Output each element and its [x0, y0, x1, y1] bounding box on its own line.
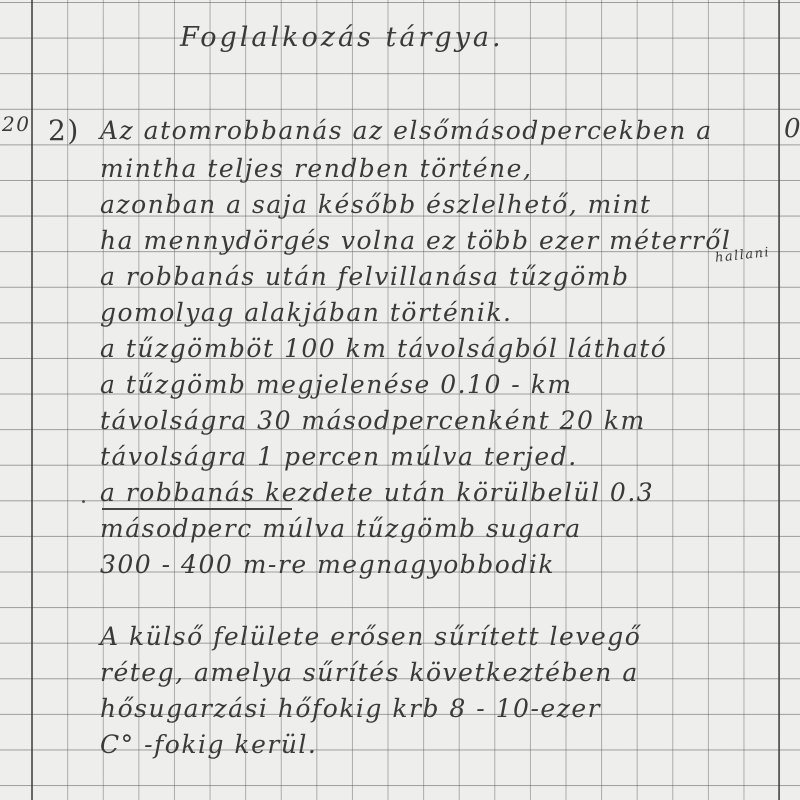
text-line: a tűzgömböt 100 km távolságból látható — [100, 334, 667, 363]
text-line: ha mennydörgés volna ez több ezer méterr… — [100, 226, 731, 255]
text-line: réteg, amelya sűrítés következtében a — [100, 658, 639, 687]
text-line: hősugarzási hőfokig krb 8 - 10-ezer — [100, 694, 601, 723]
left-margin-line — [31, 0, 33, 800]
text-line: Az atomrobbanás az elsőmásodpercekben a — [100, 116, 713, 145]
text-line: 300 - 400 m-re megnagyobbodik — [100, 550, 555, 579]
text-line: A külső felülete erősen sűrített levegő — [100, 622, 641, 651]
margin-number: 20 — [2, 112, 30, 136]
text-line: mintha teljes rendben történe, — [100, 154, 532, 183]
ink-dot — [82, 500, 85, 503]
item-number: 2) — [48, 114, 80, 147]
right-margin-line — [778, 0, 780, 800]
page-title: Foglalkozás tárgya. — [180, 22, 504, 53]
text-line: a robbanás kezdete után körülbelül 0.3 — [100, 478, 654, 507]
text-line: a robbanás után felvillanása tűzgömb — [100, 262, 629, 291]
right-margin-mark: 0 — [784, 114, 800, 144]
text-line: távolságra 30 másodpercenként 20 km — [100, 406, 646, 435]
text-line: másodperc múlva tűzgömb sugara — [100, 514, 582, 543]
text-line: a tűzgömb megjelenése 0.10 - km — [100, 370, 573, 399]
text-line: távolságra 1 percen múlva terjed. — [100, 442, 578, 471]
text-line: azonban a saja később észlelhető, mint — [100, 190, 651, 219]
text-line: gomolyag alakjában történik. — [100, 298, 512, 327]
underline-mark — [102, 508, 292, 510]
text-line: C° -fokig kerül. — [100, 730, 317, 759]
graph-paper-page: Foglalkozás tárgya. 20 2) 0 Az atomrobba… — [0, 0, 800, 800]
